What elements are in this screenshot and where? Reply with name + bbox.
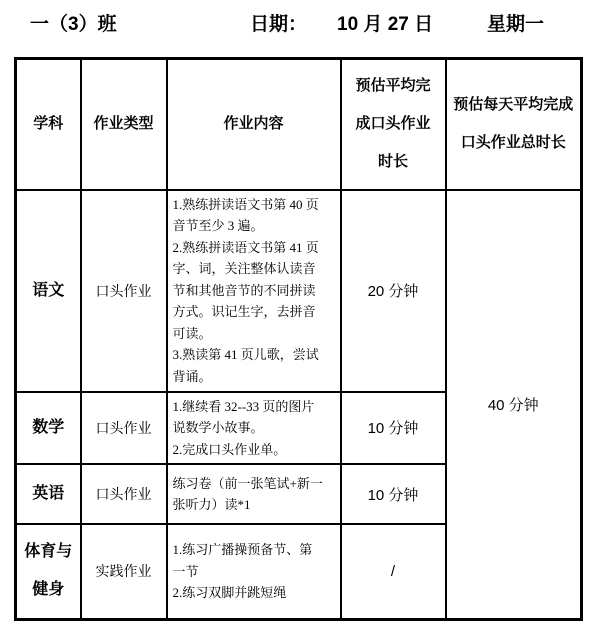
duration-cell: 20 分钟 (341, 190, 446, 392)
homework-type-cell: 口头作业 (81, 190, 167, 392)
date-value: 10 月 27 日 (337, 13, 433, 37)
homework-type-cell: 口头作业 (81, 392, 167, 465)
homework-content-cell: 练习卷（前一张笔试+新一 张听力）读*1 (167, 464, 341, 524)
col-header-avg-oral-time: 预估平均完 成口头作业 时长 (341, 59, 446, 190)
duration-cell: 10 分钟 (341, 392, 446, 465)
class-name: 一（3）班 (30, 13, 117, 37)
date-label: 日期： (250, 13, 307, 37)
homework-type-cell: 口头作业 (81, 464, 167, 524)
col-header-homework-content: 作业内容 (167, 59, 341, 190)
duration-cell: / (341, 524, 446, 619)
duration-cell: 10 分钟 (341, 464, 446, 524)
subject-cell: 英语 (16, 464, 81, 524)
subject-cell: 语文 (16, 190, 81, 392)
table-row-chinese: 语文 口头作业 1.熟练拼读语文书第 40 页 音节至少 3 遍。 2.熟练拼读… (16, 190, 582, 392)
total-duration-cell: 40 分钟 (446, 190, 582, 620)
homework-content-cell: 1.熟练拼读语文书第 40 页 音节至少 3 遍。 2.熟练拼读语文书第 41 … (167, 190, 341, 392)
col-header-homework-type: 作业类型 (81, 59, 167, 190)
page-title-bar: 一（3）班 日期： 10 月 27 日 星期一 (0, 0, 596, 57)
col-header-daily-total-oral-time: 预估每天平均完成 口头作业总时长 (446, 59, 582, 190)
homework-content-cell: 1.继续看 32--33 页的图片 说数学小故事。 2.完成口头作业单。 (167, 392, 341, 465)
subject-cell: 数学 (16, 392, 81, 465)
homework-sheet: 一（3）班 日期： 10 月 27 日 星期一 学科 作业类型 作业内容 预估平… (0, 0, 596, 628)
homework-content-cell: 1.练习广播操预备节、第 一节 2.练习双脚并跳短绳 (167, 524, 341, 619)
subject-cell: 体育与 健身 (16, 524, 81, 619)
homework-type-cell: 实践作业 (81, 524, 167, 619)
table-header-row: 学科 作业类型 作业内容 预估平均完 成口头作业 时长 预估每天平均完成 口头作… (16, 59, 582, 190)
col-header-subject: 学科 (16, 59, 81, 190)
weekday-label: 星期一 (487, 13, 544, 37)
homework-table: 学科 作业类型 作业内容 预估平均完 成口头作业 时长 预估每天平均完成 口头作… (14, 57, 583, 621)
